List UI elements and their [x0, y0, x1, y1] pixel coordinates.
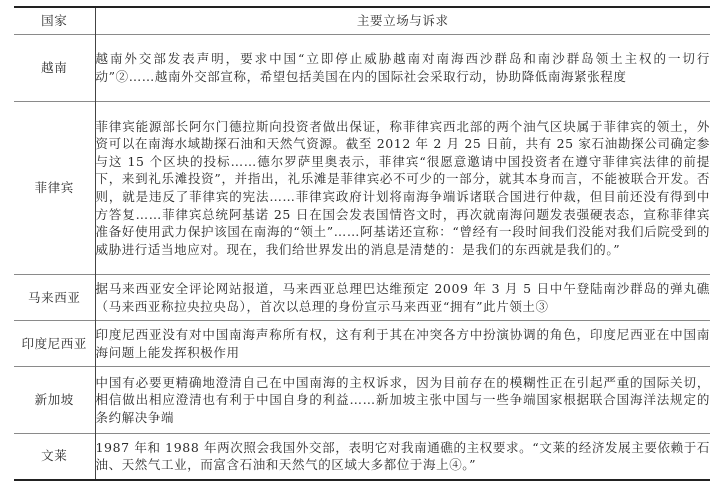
claims-cell: 菲律宾能源部长阿尔门德拉斯向投资者做出保证，称菲律宾西北部的两个油气区块属于菲律… [95, 102, 710, 275]
table-row-vietnam: 越南 越南外交部发表声明，要求中国“立即停止威胁越南对南海西沙群岛和南沙群岛领土… [14, 35, 710, 102]
claims-cell: 中国有必要更精确地澄清自己在中国南海的主权诉求，因为目前存在的模糊性正在引起严重… [95, 367, 710, 434]
header-country: 国家 [14, 7, 95, 35]
country-cell: 新加坡 [14, 367, 95, 434]
claims-cell: 1987 年和 1988 年两次照会我国外交部，表明它对我南通礁的主权要求。“文… [95, 434, 710, 480]
table-row-malaysia: 马来西亚 据马来西亚安全评论网站报道，马来西亚总理巴达维预定 2009 年 3 … [14, 275, 710, 321]
table-row-brunei: 文莱 1987 年和 1988 年两次照会我国外交部，表明它对我南通礁的主权要求… [14, 434, 710, 480]
header-claims: 主要立场与诉求 [95, 7, 710, 35]
country-cell: 文莱 [14, 434, 95, 480]
claims-cell: 据马来西亚安全评论网站报道，马来西亚总理巴达维预定 2009 年 3 月 5 日… [95, 275, 710, 321]
table-row-indonesia: 印度尼西亚 印度尼西亚没有对中国南海声称所有权，这有利于其在冲突各方中扮演协调的… [14, 321, 710, 367]
table-row-philippines: 菲律宾 菲律宾能源部长阿尔门德拉斯向投资者做出保证，称菲律宾西北部的两个油气区块… [14, 102, 710, 275]
country-cell: 印度尼西亚 [14, 321, 95, 367]
country-cell: 越南 [14, 35, 95, 102]
country-cell: 菲律宾 [14, 102, 95, 275]
claims-cell: 印度尼西亚没有对中国南海声称所有权，这有利于其在冲突各方中扮演协调的角色，印度尼… [95, 321, 710, 367]
table-row-singapore: 新加坡 中国有必要更精确地澄清自己在中国南海的主权诉求，因为目前存在的模糊性正在… [14, 367, 710, 434]
south-china-sea-positions-table: 国家 主要立场与诉求 越南 越南外交部发表声明，要求中国“立即停止威胁越南对南海… [14, 6, 710, 481]
claims-cell: 越南外交部发表声明，要求中国“立即停止威胁越南对南海西沙群岛和南沙群岛领土主权的… [95, 35, 710, 102]
table-header-row: 国家 主要立场与诉求 [14, 7, 710, 35]
country-cell: 马来西亚 [14, 275, 95, 321]
